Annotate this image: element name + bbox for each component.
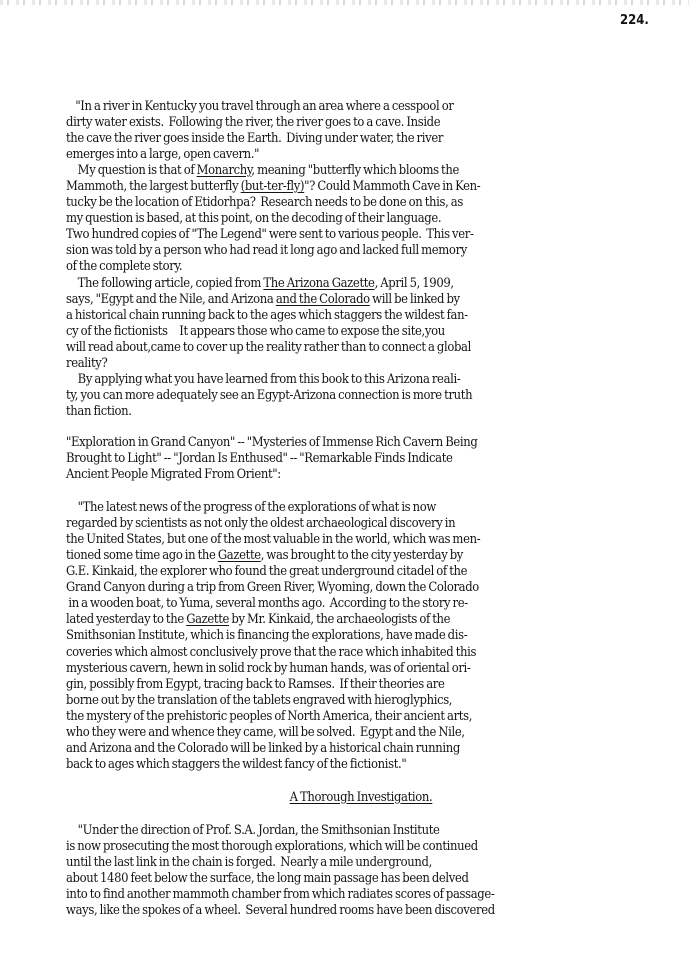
article-quote-thorough-investigation: "Under the direction of Prof. S.A. Jorda…	[66, 823, 656, 919]
section-subheading: A Thorough Investigation.	[66, 790, 656, 806]
text-line: regarded by scientists as not only the o…	[66, 516, 656, 532]
paragraph-kentucky-legend: "In a river in Kentucky you travel throu…	[66, 99, 656, 163]
publication-title: The Arizona Gazette	[263, 276, 374, 291]
text-line: and Arizona and the Colorado will be lin…	[66, 741, 656, 757]
text-line: "Exploration in Grand Canyon" -- "Myster…	[66, 435, 656, 451]
text-segment: lated yesterday to the	[66, 612, 186, 627]
text-segment: tioned some time ago in the	[66, 548, 218, 563]
text-line: mysterious cavern, hewn in solid rock by…	[66, 661, 656, 677]
paragraph-monarchy-question: My question is that of Monarchy, meaning…	[66, 163, 656, 275]
text-segment: Mammoth, the largest butterfly	[66, 179, 241, 194]
text-line: Ancient People Migrated From Orient":	[66, 467, 656, 483]
text-segment: , was brought to the city yesterday by	[261, 548, 463, 563]
text-line: into to find another mammoth chamber fro…	[66, 887, 656, 903]
text-line: borne out by the translation of the tabl…	[66, 693, 656, 709]
text-line: than fiction.	[66, 404, 656, 420]
text-line: the United States, but one of the most v…	[66, 532, 656, 548]
text-line: "Under the direction of Prof. S.A. Jorda…	[66, 823, 656, 839]
spacer	[66, 483, 656, 500]
spacer	[66, 773, 656, 790]
text-segment: , April 5, 1909,	[375, 276, 454, 291]
text-segment: The following article, copied from	[66, 276, 263, 291]
text-line: lated yesterday to the Gazette by Mr. Ki…	[66, 612, 656, 628]
text-line: will read about,came to cover up the rea…	[66, 340, 656, 356]
text-line: ways, like the spokes of a wheel. Severa…	[66, 903, 656, 919]
text-line: G.E. Kinkaid, the explorer who found the…	[66, 564, 656, 580]
text-line: tucky be the location of Etidorhpa? Rese…	[66, 195, 656, 211]
text-line: dirty water exists. Following the river,…	[66, 115, 656, 131]
subheading-text: A Thorough Investigation.	[290, 790, 433, 805]
text-line: who they were and whence they came, will…	[66, 725, 656, 741]
text-line: is now prosecuting the most thorough exp…	[66, 839, 656, 855]
page-number: 224.	[620, 13, 649, 28]
paragraph-arizona-gazette: The following article, copied from The A…	[66, 276, 656, 372]
spacer	[66, 420, 656, 435]
publication-title: Gazette	[218, 548, 261, 563]
text-line: back to ages which staggers the wildest …	[66, 757, 656, 773]
underlined-term: Monarchy	[197, 163, 252, 178]
text-line: until the last link in the chain is forg…	[66, 855, 656, 871]
text-line: a historical chain running back to the a…	[66, 308, 656, 324]
text-line: Two hundred copies of "The Legend" were …	[66, 227, 656, 243]
underlined-term: (but-ter-fly)	[241, 179, 305, 194]
text-line: the cave the river goes inside the Earth…	[66, 131, 656, 147]
text-line: about 1480 feet below the surface, the l…	[66, 871, 656, 887]
underlined-term: and the Colorado	[276, 292, 370, 307]
paragraph-egypt-arizona: By applying what you have learned from t…	[66, 372, 656, 420]
text-line: Mammoth, the largest butterfly (but-ter-…	[66, 179, 656, 195]
text-segment: My question is that of	[66, 163, 197, 178]
text-line: "The latest news of the progress of the …	[66, 500, 656, 516]
text-line: Brought to Light" -- "Jordan Is Enthused…	[66, 451, 656, 467]
text-line: emerges into a large, open cavern."	[66, 147, 656, 163]
text-segment: , meaning "butterfly which blooms the	[251, 163, 459, 178]
text-line: reality?	[66, 356, 656, 372]
text-segment: says, "Egypt and the Nile, and Arizona	[66, 292, 276, 307]
scan-artifact-strip	[0, 0, 689, 5]
text-line: cy of the fictionists It appears those w…	[66, 324, 656, 340]
text-line: in a wooden boat, to Yuma, several month…	[66, 596, 656, 612]
text-line: coveries which almost conclusively prove…	[66, 645, 656, 661]
text-line: By applying what you have learned from t…	[66, 372, 656, 388]
text-segment: "? Could Mammoth Cave in Ken-	[304, 179, 480, 194]
text-line: the mystery of the prehistoric peoples o…	[66, 709, 656, 725]
text-line: says, "Egypt and the Nile, and Arizona a…	[66, 292, 656, 308]
text-line: The following article, copied from The A…	[66, 276, 656, 292]
article-headlines: "Exploration in Grand Canyon" -- "Myster…	[66, 435, 656, 483]
text-line: ty, you can more adequately see an Egypt…	[66, 388, 656, 404]
text-line: My question is that of Monarchy, meaning…	[66, 163, 656, 179]
article-quote-latest-news: "The latest news of the progress of the …	[66, 500, 656, 773]
text-line: "In a river in Kentucky you travel throu…	[66, 99, 656, 115]
document-body: "In a river in Kentucky you travel throu…	[66, 99, 656, 919]
text-line: of the complete story.	[66, 259, 656, 275]
text-segment: by Mr. Kinkaid, the archaeologists of th…	[229, 612, 450, 627]
spacer	[66, 806, 656, 823]
text-line: Grand Canyon during a trip from Green Ri…	[66, 580, 656, 596]
publication-title: Gazette	[186, 612, 229, 627]
text-line: Smithsonian Institute, which is financin…	[66, 628, 656, 644]
text-line: gin, possibly from Egypt, tracing back t…	[66, 677, 656, 693]
text-segment: will be linked by	[370, 292, 460, 307]
text-line: tioned some time ago in the Gazette, was…	[66, 548, 656, 564]
text-line: my question is based, at this point, on …	[66, 211, 656, 227]
text-line: sion was told by a person who had read i…	[66, 243, 656, 259]
